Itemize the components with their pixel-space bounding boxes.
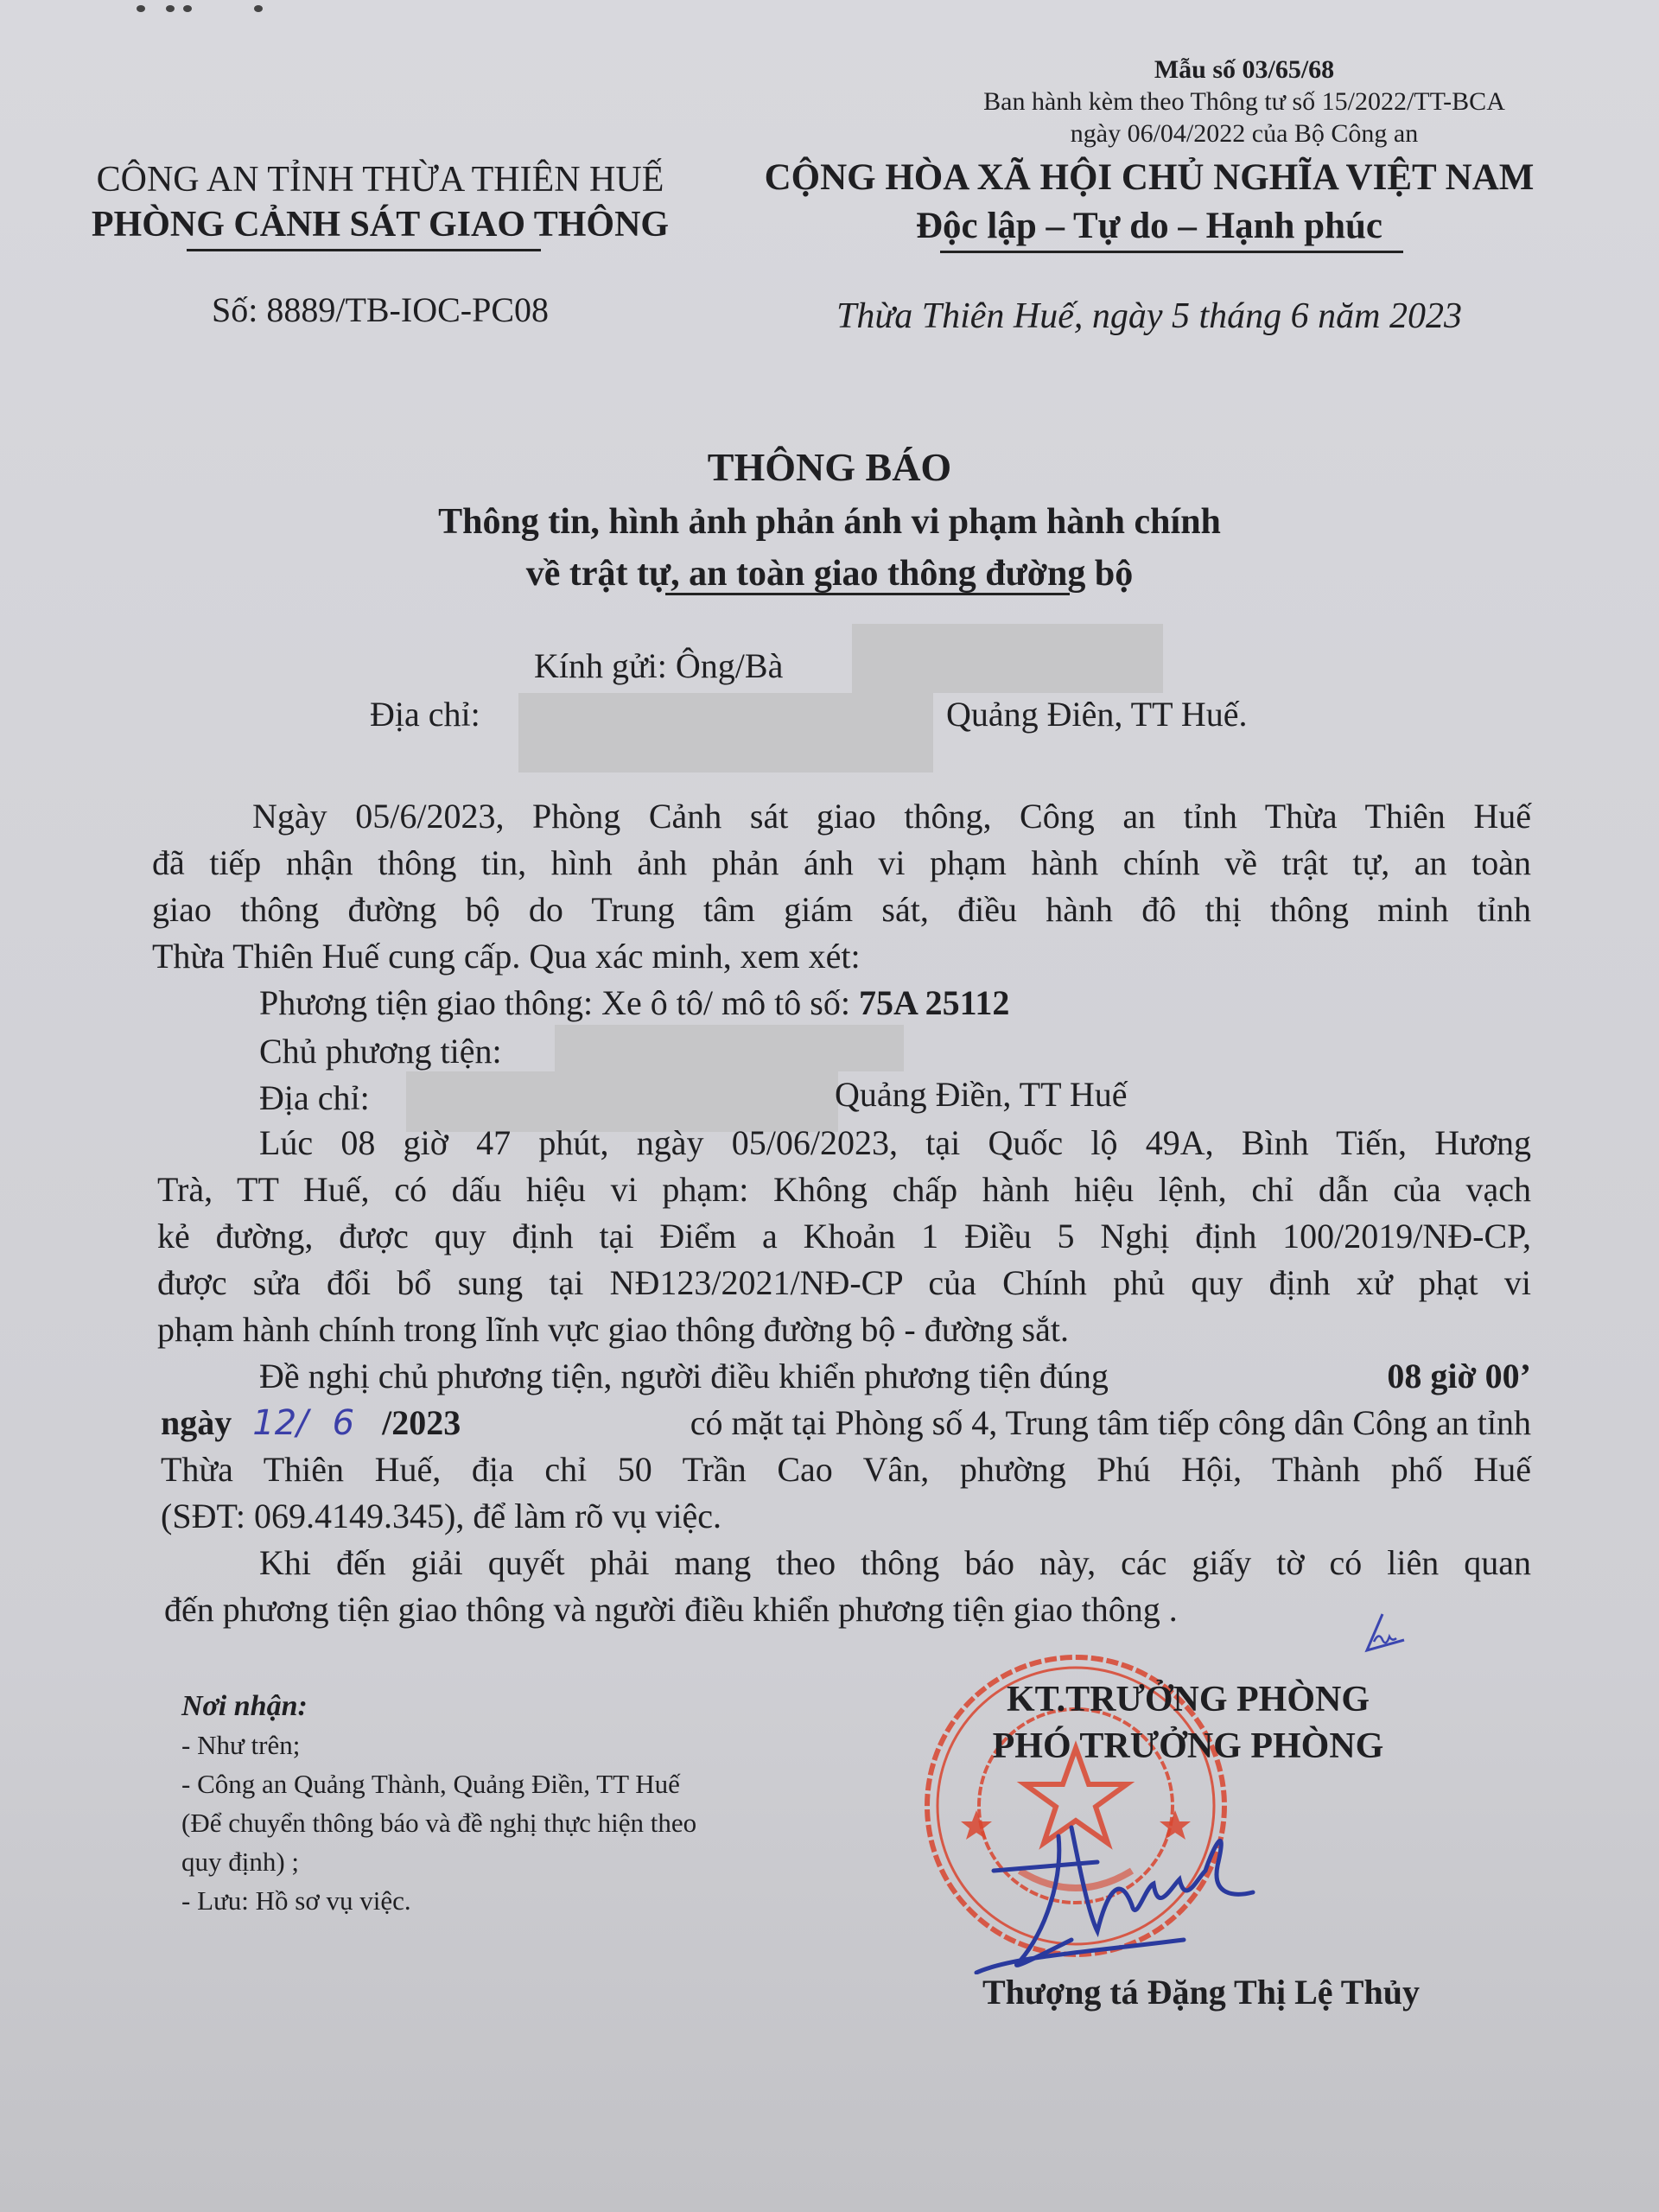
title-underline <box>665 593 1070 595</box>
form-number: Mẫu số 03/65/68 <box>933 54 1555 86</box>
motto-underline <box>940 251 1403 253</box>
handwritten-day: 12/ <box>252 1403 308 1443</box>
appointment-time: 08 giờ 00’ <box>1387 1353 1531 1400</box>
para2-line1: Lúc 08 giờ 47 phút, ngày 05/06/2023, tại… <box>259 1120 1531 1166</box>
recipients-block: Nơi nhận: - Như trên; - Công an Quảng Th… <box>181 1687 855 1920</box>
signature-title-line1: KT.TRƯỞNG PHÒNG <box>907 1676 1469 1723</box>
recipient-item: quy định) ; <box>181 1842 855 1881</box>
para4-line2: đến phương tiện giao thông và người điều… <box>164 1586 1178 1633</box>
para2-line3: kẻ đường, được quy định tại Điểm a Khoản… <box>157 1213 1531 1260</box>
day-label: ngày <box>161 1403 232 1442</box>
agency-parent: CÔNG AN TỈNH THỪA THIÊN HUẾ <box>52 157 709 202</box>
signer-name: Thượng tá Đặng Thị Lệ Thủy <box>899 1972 1503 2012</box>
para3-line2: ngày 12/ 6 /2023 có mặt tại Phòng số 4, … <box>161 1400 1531 1446</box>
para1-line4: Thừa Thiên Huế cung cấp. Qua xác minh, x… <box>152 933 861 980</box>
place-date: Thừa Thiên Huế, ngày 5 tháng 6 năm 2023 <box>734 296 1564 337</box>
title-heading: THÔNG BÁO <box>259 439 1400 496</box>
signature-title: KT.TRƯỞNG PHÒNG PHÓ TRƯỞNG PHÒNG <box>907 1676 1469 1770</box>
initials-mark-icon <box>1348 1607 1434 1668</box>
paper-mark <box>166 5 175 12</box>
vehicle-label: Phương tiện giao thông: Xe ô tô/ mô tô s… <box>259 983 850 1022</box>
agency-name: PHÒNG CẢNH SÁT GIAO THÔNG <box>52 202 709 247</box>
form-issued-line1: Ban hành kèm theo Thông tư số 15/2022/TT… <box>933 86 1555 118</box>
para2-line4: được sửa đổi bổ sung tại NĐ123/2021/NĐ-C… <box>157 1260 1531 1306</box>
para1-line2: đã tiếp nhận thông tin, hình ảnh phản án… <box>152 840 1531 887</box>
document-title: THÔNG BÁO Thông tin, hình ảnh phản ánh v… <box>259 439 1400 600</box>
redacted-address <box>518 693 933 772</box>
para3-line4: (SĐT: 069.4149.345), để làm rõ vụ việc. <box>161 1493 721 1540</box>
owner-label: Chủ phương tiện: <box>259 1028 502 1075</box>
recipient-item: - Như trên; <box>181 1726 855 1764</box>
address-suffix: Quảng Điên, TT Huế. <box>946 691 1247 738</box>
handwritten-signature-icon <box>959 1810 1374 1974</box>
redacted-owner <box>555 1025 904 1071</box>
redacted-name <box>852 624 1163 693</box>
para3-text: Đề nghị chủ phương tiện, người điều khiể… <box>259 1353 1109 1400</box>
address-label: Địa chỉ: <box>370 691 480 738</box>
para2-line2: Trà, TT Huế, có dấu hiệu vi phạm: Không … <box>157 1166 1531 1213</box>
salutation-label: Kính gửi: Ông/Bà <box>534 643 783 690</box>
title-subtitle-1: Thông tin, hình ảnh phản ánh vi phạm hàn… <box>259 496 1400 548</box>
paper-mark <box>254 5 263 12</box>
owner-address-suffix: Quảng Điền, TT Huế <box>835 1071 1127 1118</box>
para1-line1: Ngày 05/6/2023, Phòng Cảnh sát giao thôn… <box>252 793 1531 840</box>
agency-underline <box>187 249 541 251</box>
para3-line2-rest: có mặt tại Phòng số 4, Trung tâm tiếp cô… <box>690 1400 1531 1446</box>
vehicle-line: Phương tiện giao thông: Xe ô tô/ mô tô s… <box>259 980 1009 1027</box>
motto: Độc lập – Tự do – Hạnh phúc <box>734 202 1564 251</box>
owner-address-label: Địa chỉ: <box>259 1075 370 1122</box>
handwritten-month: 6 <box>333 1403 354 1443</box>
para3-line1: Đề nghị chủ phương tiện, người điều khiể… <box>259 1353 1531 1400</box>
nation-name: CỘNG HÒA XÃ HỘI CHỦ NGHĨA VIỆT NAM <box>734 154 1564 202</box>
title-subtitle-2: về trật tự, an toàn giao thông đường bộ <box>259 548 1400 600</box>
document-number: Số: 8889/TB-IOC-PC08 <box>52 289 709 330</box>
para2-line5: phạm hành chính trong lĩnh vực giao thôn… <box>157 1306 1069 1353</box>
recipient-item: (Để chuyển thông báo và đề nghị thực hiệ… <box>181 1803 855 1842</box>
para4-line1: Khi đến giải quyết phải mang theo thông … <box>259 1540 1531 1586</box>
para1-line3: giao thông đường bộ do Trung tâm giám sá… <box>152 887 1531 933</box>
nation-header: CỘNG HÒA XÃ HỘI CHỦ NGHĨA VIỆT NAM Độc l… <box>734 154 1564 251</box>
recipient-item: - Lưu: Hồ sơ vụ việc. <box>181 1881 855 1920</box>
appointment-year: /2023 <box>382 1403 461 1442</box>
para3-line3: Thừa Thiên Huế, địa chỉ 50 Trần Cao Vân,… <box>161 1446 1531 1493</box>
vehicle-plate: 75A 25112 <box>859 983 1009 1022</box>
signature-title-line2: PHÓ TRƯỞNG PHÒNG <box>907 1723 1469 1770</box>
paper-mark <box>137 5 145 12</box>
paper-mark <box>183 5 192 12</box>
recipient-item: - Công an Quảng Thành, Quảng Điền, TT Hu… <box>181 1764 855 1803</box>
form-reference: Mẫu số 03/65/68 Ban hành kèm theo Thông … <box>933 54 1555 149</box>
form-issued-line2: ngày 06/04/2022 của Bộ Công an <box>933 118 1555 149</box>
recipients-header: Nơi nhận: <box>181 1687 855 1726</box>
agency-header: CÔNG AN TỈNH THỪA THIÊN HUẾ PHÒNG CẢNH S… <box>52 157 709 247</box>
